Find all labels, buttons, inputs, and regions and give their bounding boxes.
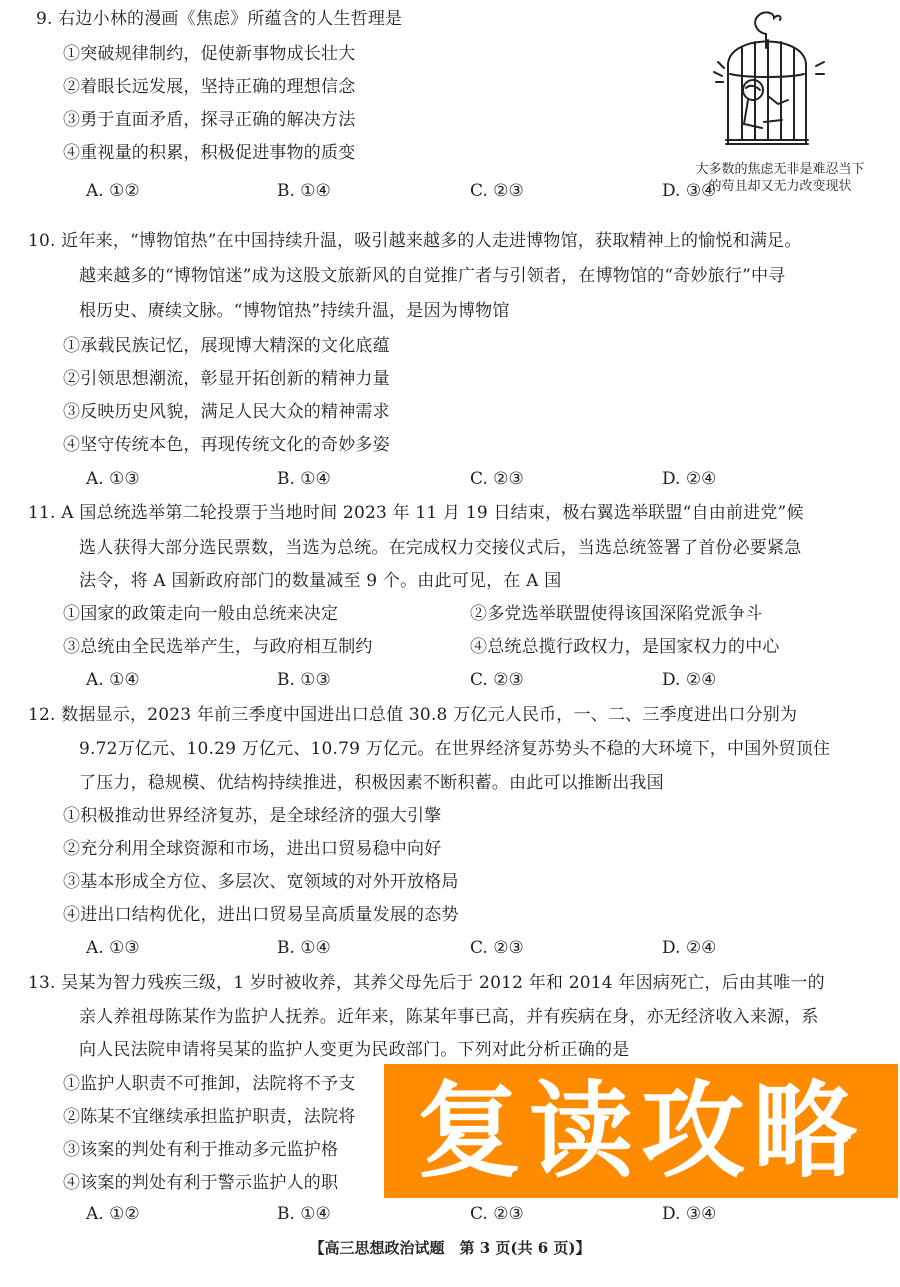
question-11-answer-c: C. ②③ — [470, 669, 524, 691]
question-11-option-1: ①国家的政策走向一般由总统来决定 — [63, 603, 338, 625]
question-12-stem-line-3: 了压力，稳规模、优结构持续推进，积极因素不断积蓄。由此可以推断出我国 — [79, 772, 664, 794]
question-12-option-3: ③基本形成全方位、多层次、宽领域的对外开放格局 — [63, 871, 459, 893]
question-11-stem-line-1: 11. A 国总统选举第二轮投票于当地时间 2023 年 11 月 19 日结束… — [28, 502, 804, 524]
question-10-answer-c: C. ②③ — [470, 468, 524, 490]
question-9-answer-a: A. ①② — [86, 180, 140, 202]
question-9-option-2: ②着眼长远发展，坚持正确的理想信念 — [63, 76, 355, 98]
question-10-option-1: ①承载民族记忆，展现博大精深的文化底蕴 — [63, 335, 390, 357]
question-12-stem-line-1: 12. 数据显示，2023 年前三季度中国进出口总值 30.8 万亿元人民币，一… — [28, 704, 797, 726]
question-12-option-2: ②充分利用全球资源和市场，进出口贸易稳中向好 — [63, 838, 441, 860]
question-11-option-4: ④总统总揽行政权力，是国家权力的中心 — [470, 636, 780, 658]
question-12-answer-d: D. ②④ — [662, 937, 716, 959]
caption-line-1: 大多数的焦虑无非是难忍当下 — [680, 161, 880, 178]
question-11-answer-b: B. ①③ — [277, 669, 331, 691]
question-13-stem-line-1: 13. 吴某为智力残疾三级，1 岁时被收养，其养父母先后于 2012 年和 20… — [28, 972, 825, 994]
page-footer: 【高三思想政治试题 第 3 页(共 6 页)】 — [0, 1237, 900, 1258]
question-10-answer-a: A. ①③ — [86, 468, 140, 490]
cartoon-caption: 大多数的焦虑无非是难忍当下 的苟且却又无力改变现状 — [680, 161, 880, 195]
question-11-option-3: ③总统由全民选举产生，与政府相互制约 — [63, 636, 373, 658]
watermark-banner: 复读攻略 — [384, 1064, 898, 1198]
question-9-stem: 9. 右边小林的漫画《焦虑》所蕴含的人生哲理是 — [36, 8, 402, 30]
question-13-option-1: ①监护人职责不可推卸，法院将不予支 — [63, 1073, 355, 1095]
question-10-stem-line-1: 10. 近年来，“博物馆热”在中国持续升温，吸引越来越多的人走进博物馆，获取精神… — [28, 230, 801, 252]
question-10-stem-line-3: 根历史、赓续文脉。“博物馆热”持续升温，是因为博物馆 — [79, 300, 510, 322]
question-11-answer-d: D. ②④ — [662, 669, 716, 691]
question-11-answer-a: A. ①④ — [86, 669, 140, 691]
question-13-stem-line-3: 向人民法院申请将吴某的监护人变更为民政部门。下列对此分析正确的是 — [79, 1039, 629, 1061]
question-12-option-1: ①积极推动世界经济复苏，是全球经济的强大引擎 — [63, 805, 441, 827]
question-9-option-3: ③勇于直面矛盾，探寻正确的解决方法 — [63, 109, 355, 131]
question-13-answer-b: B. ①④ — [277, 1203, 331, 1225]
question-10-option-2: ②引领思想潮流，彰显开拓创新的精神力量 — [63, 368, 390, 390]
question-10-option-3: ③反映历史风貌，满足人民大众的精神需求 — [63, 401, 390, 423]
question-9-answer-c: C. ②③ — [470, 180, 524, 202]
question-10-answer-d: D. ②④ — [662, 468, 716, 490]
question-9-answer-b: B. ①④ — [277, 180, 331, 202]
question-12-answer-a: A. ①③ — [86, 937, 140, 959]
watermark-text: 复读攻略 — [417, 1079, 865, 1183]
question-9-option-1: ①突破规律制约，促使新事物成长壮大 — [63, 43, 355, 65]
question-13-option-2: ②陈某不宜继续承担监护职责，法院将 — [63, 1106, 355, 1128]
question-10-answer-b: B. ①④ — [277, 468, 331, 490]
question-11-stem-line-2: 选人获得大部分选民票数，当选为总统。在完成权力交接仪式后，当选总统签署了首份必要… — [79, 537, 801, 559]
question-9-option-4: ④重视量的积累，积极促进事物的质变 — [63, 142, 355, 164]
birdcage-cartoon-icon — [708, 4, 838, 154]
question-11-option-2: ②多党选举联盟使得该国深陷党派争斗 — [470, 603, 762, 625]
question-10-option-4: ④坚守传统本色，再现传统文化的奇妙多姿 — [63, 434, 390, 456]
question-13-answer-c: C. ②③ — [470, 1203, 524, 1225]
question-13-answer-a: A. ①② — [86, 1203, 140, 1225]
question-11-stem-line-3: 法令，将 A 国新政府部门的数量减至 9 个。由此可见，在 A 国 — [79, 570, 561, 592]
question-12-option-4: ④进出口结构优化，进出口贸易呈高质量发展的态势 — [63, 904, 459, 926]
caption-line-2: 的苟且却又无力改变现状 — [680, 178, 880, 195]
question-13-answer-d: D. ③④ — [662, 1203, 716, 1225]
question-12-answer-b: B. ①④ — [277, 937, 331, 959]
question-13-option-3: ③该案的判处有利于推动多元监护格 — [63, 1139, 338, 1161]
question-12-stem-line-2: 9.72万亿元、10.29 万亿元、10.79 万亿元。在世界经济复苏势头不稳的… — [79, 738, 830, 760]
question-12-answer-c: C. ②③ — [470, 937, 524, 959]
question-13-option-4: ④该案的判处有利于警示监护人的职 — [63, 1172, 338, 1194]
question-10-stem-line-2: 越来越多的“博物馆迷”成为这股文旅新风的自觉推广者与引领者，在博物馆的“奇妙旅行… — [79, 265, 785, 287]
question-13-stem-line-2: 亲人养祖母陈某作为监护人抚养。近年来，陈某年事已高，并有疾病在身，亦无经济收入来… — [79, 1006, 819, 1028]
